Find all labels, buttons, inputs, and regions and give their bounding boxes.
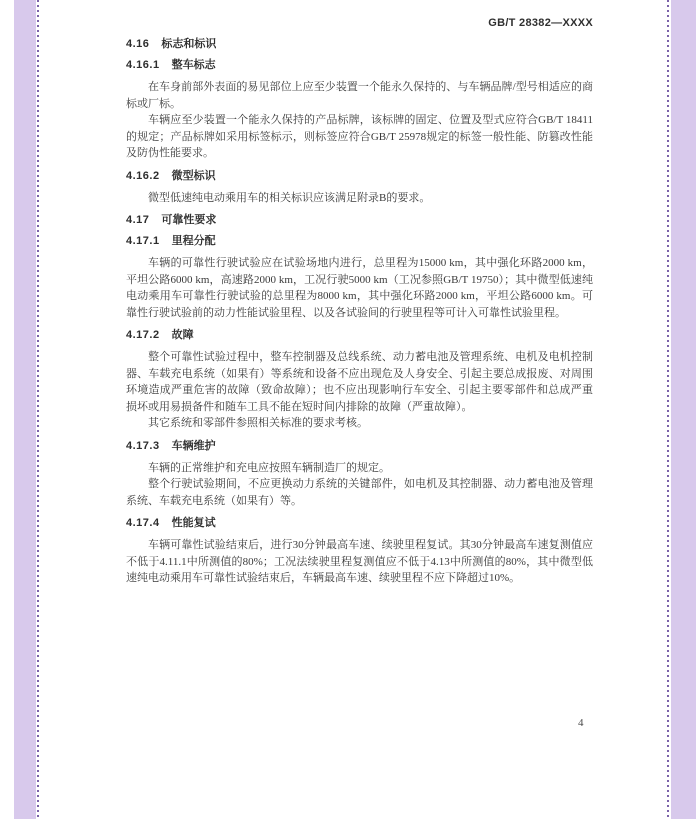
heading-title: 整车标志: [172, 59, 216, 71]
sections-container: 4.16标志和标识4.16.1整车标志在车身前部外表面的易见部位上应至少装置一个…: [126, 37, 593, 587]
left-binding-dots: [37, 0, 39, 819]
section-heading: 4.16标志和标识: [126, 37, 593, 51]
section-heading: 4.17.4性能复试: [126, 516, 593, 530]
standard-code-header: GB/T 28382—XXXX: [126, 16, 593, 30]
right-binding-dots: [667, 0, 669, 819]
heading-number: 4.17.2: [126, 329, 160, 341]
document-body: GB/T 28382—XXXX 4.16标志和标识4.16.1整车标志在车身前部…: [126, 16, 593, 587]
paragraph: 在车身前部外表面的易见部位上应至少装置一个能永久保持的、与车辆品牌/型号相适应的…: [126, 79, 593, 112]
heading-title: 里程分配: [172, 235, 216, 247]
heading-title: 可靠性要求: [161, 214, 216, 226]
heading-number: 4.16: [126, 38, 149, 50]
heading-number: 4.17.3: [126, 440, 160, 452]
paragraph: 其它系统和零部件参照相关标准的要求考核。: [126, 415, 593, 432]
heading-number: 4.16.1: [126, 59, 160, 71]
section-heading: 4.17.1里程分配: [126, 234, 593, 248]
paragraph: 车辆的正常维护和充电应按照车辆制造厂的规定。: [126, 460, 593, 477]
right-margin-bar: [671, 0, 696, 819]
document-page: GB/T 28382—XXXX 4.16标志和标识4.16.1整车标志在车身前部…: [0, 0, 700, 819]
paragraph: 整个可靠性试验过程中，整车控制器及总线系统、动力蓄电池及管理系统、电机及电机控制…: [126, 349, 593, 415]
heading-title: 车辆维护: [172, 440, 216, 452]
heading-number: 4.17: [126, 214, 149, 226]
heading-title: 故障: [172, 329, 194, 341]
paragraph: 车辆可靠性试验结束后，进行30分钟最高车速、续驶里程复试。其30分钟最高车速复测…: [126, 537, 593, 587]
left-margin-bar: [14, 0, 36, 819]
paragraph: 车辆应至少装置一个能永久保持的产品标牌，该标牌的固定、位置及型式应符合GB/T …: [126, 112, 593, 162]
section-heading: 4.17可靠性要求: [126, 213, 593, 227]
heading-number: 4.16.2: [126, 170, 160, 182]
section-heading: 4.17.2故障: [126, 328, 593, 342]
section-heading: 4.16.2微型标识: [126, 169, 593, 183]
paragraph: 整个行驶试验期间，不应更换动力系统的关键部件，如电机及其控制器、动力蓄电池及管理…: [126, 476, 593, 509]
section-heading: 4.17.3车辆维护: [126, 439, 593, 453]
heading-title: 标志和标识: [161, 38, 216, 50]
paragraph: 车辆的可靠性行驶试验应在试验场地内进行，总里程为15000 km，其中强化环路2…: [126, 255, 593, 321]
heading-title: 性能复试: [172, 517, 216, 529]
heading-number: 4.17.1: [126, 235, 160, 247]
heading-number: 4.17.4: [126, 517, 160, 529]
page-number: 4: [578, 717, 584, 729]
heading-title: 微型标识: [172, 170, 216, 182]
paragraph: 微型低速纯电动乘用车的相关标识应该满足附录B的要求。: [126, 190, 593, 207]
section-heading: 4.16.1整车标志: [126, 58, 593, 72]
